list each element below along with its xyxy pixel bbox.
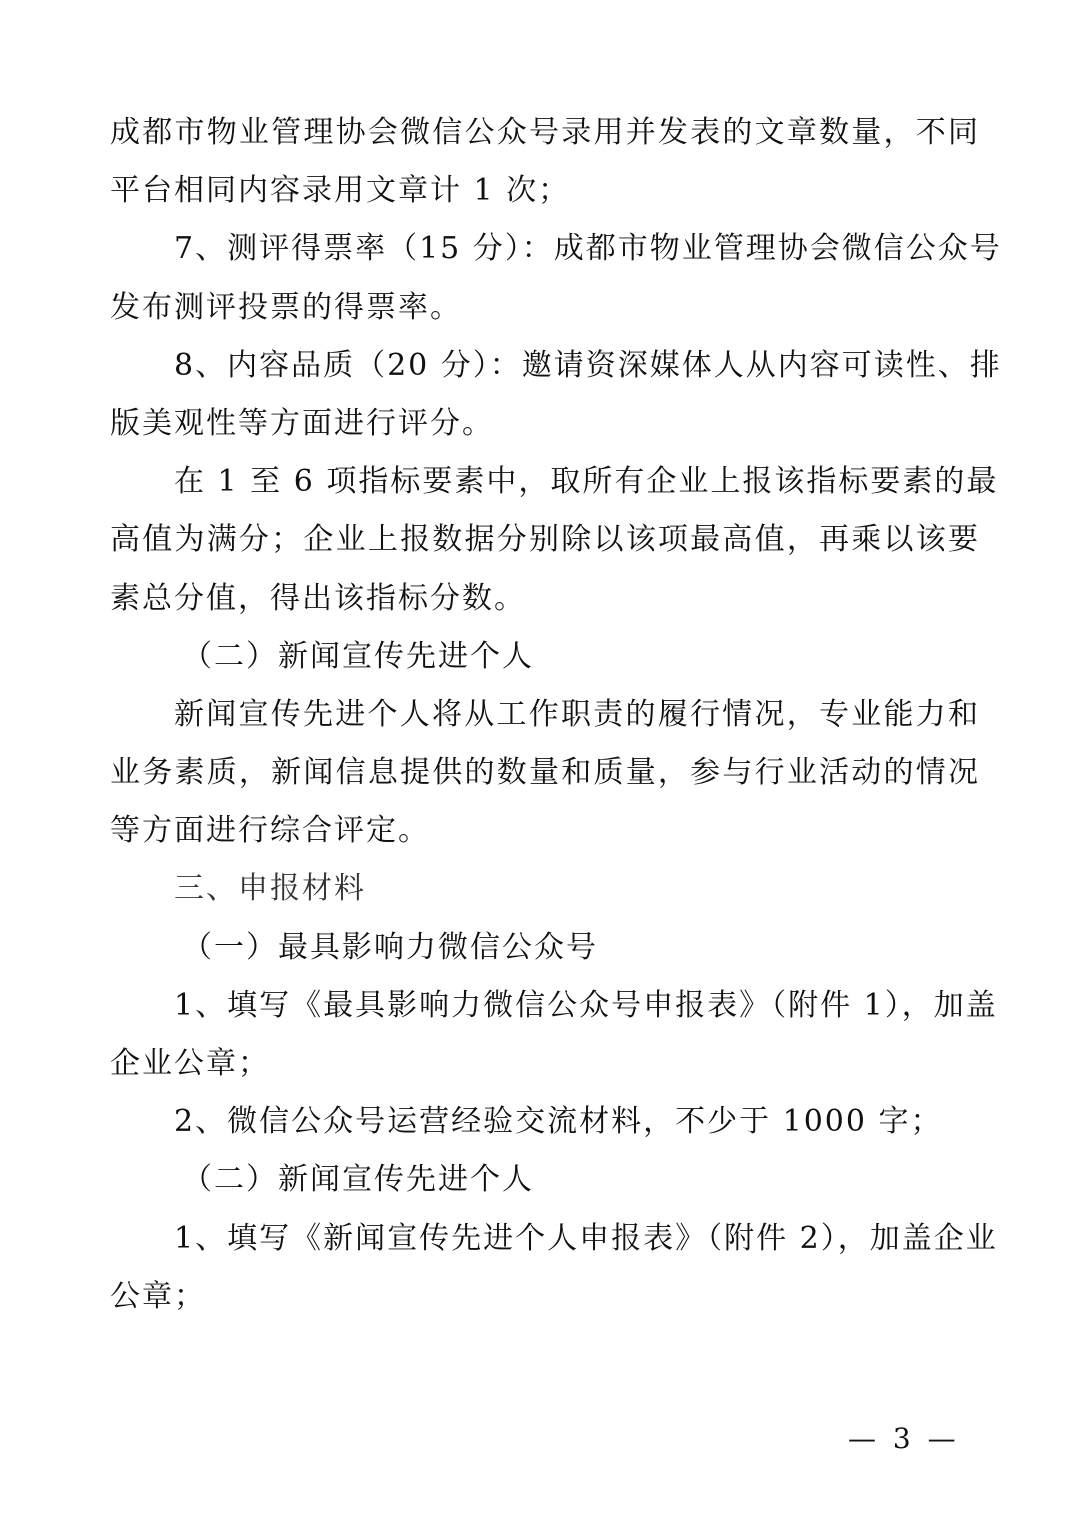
page-number: — 3 — — [848, 1422, 960, 1455]
heading-application-materials: 三、申报材料 — [110, 860, 980, 918]
individual-criteria-line: 新闻宣传先进个人将从工作职责的履行情况，专业能力和 — [110, 686, 980, 744]
criterion-7-line: 发布测评投票的得票率。 — [110, 279, 980, 337]
individual-criteria-line: 业务素质，新闻信息提供的数量和质量，参与行业活动的情况 — [110, 744, 980, 802]
individual-criteria-line: 等方面进行综合评定。 — [110, 802, 980, 860]
material-item-1-line: 1、填写《最具影响力微信公众号申报表》（附件 1），加盖 — [110, 977, 980, 1035]
material-item-1-line: 企业公章； — [110, 1035, 980, 1093]
criterion-7-line: 7、测评得票率（15 分）：成都市物业管理协会微信公众号 — [110, 220, 980, 278]
scoring-rule-line: 高值为满分；企业上报数据分别除以该项最高值，再乘以该要 — [110, 511, 980, 569]
body-line: 平台相同内容录用文章计 1 次； — [110, 162, 980, 220]
criterion-8-line: 版美观性等方面进行评分。 — [110, 395, 980, 453]
scoring-rule-line: 素总分值，得出该指标分数。 — [110, 570, 980, 628]
criterion-8-line: 8、内容品质（20 分）：邀请资深媒体人从内容可读性、排 — [110, 337, 980, 395]
scoring-rule-line: 在 1 至 6 项指标要素中，取所有企业上报该指标要素的最 — [110, 453, 980, 511]
individual-material-item-1-line: 1、填写《新闻宣传先进个人申报表》（附件 2），加盖企业 — [110, 1210, 980, 1268]
body-line: 成都市物业管理协会微信公众号录用并发表的文章数量，不同 — [110, 104, 980, 162]
subheading-advanced-individual: （二）新闻宣传先进个人 — [110, 628, 980, 686]
individual-material-item-1-line: 公章； — [110, 1268, 980, 1326]
subheading-advanced-individual-materials: （二）新闻宣传先进个人 — [110, 1151, 980, 1209]
material-item-2-line: 2、微信公众号运营经验交流材料，不少于 1000 字； — [110, 1093, 980, 1151]
subheading-influential-account: （一）最具影响力微信公众号 — [110, 919, 980, 977]
document-page: 成都市物业管理协会微信公众号录用并发表的文章数量，不同 平台相同内容录用文章计 … — [110, 104, 980, 1326]
